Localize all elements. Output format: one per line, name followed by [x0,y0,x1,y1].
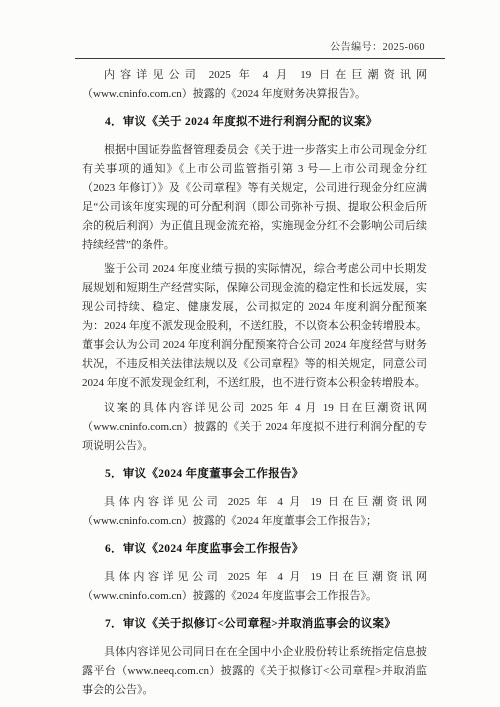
notice-number: 公告编号：2025-060 [82,38,427,53]
body-paragraph-dividend-rules: 根据中国证券监督管理委员会《关于进一步落实上市公司现金分红有关事项的通知》《上市… [82,141,427,255]
body-paragraph-dividend-disclosure: 议案的具体内容详见公司 2025 年 4 月 19 日在巨潮资讯网（www.cn… [82,399,427,456]
agenda-item-6-heading: 6．审议《2024 年度监事会工作报告》 [82,540,427,559]
agenda-item-4-heading: 4．审议《关于 2024 年度拟不进行利润分配的议案》 [82,113,427,132]
body-paragraph-charter-amendment: 具体内容详见公司同日在在全国中小企业股份转让系统指定信息披露平台（www.nee… [82,643,427,700]
agenda-item-5-heading: 5．审议《2024 年度董事会工作报告》 [82,465,427,484]
announcement-page: 公告编号：2025-060 内容详见公司 2025 年 4 月 19 日在巨潮资… [0,0,500,707]
header-divider [75,58,445,59]
body-paragraph-board-report: 具体内容详见公司 2025 年 4 月 19 日在巨潮资讯网（www.cninf… [82,493,427,531]
agenda-item-7-heading: 7．审议《关于拟修订<公司章程>并取消监事会的议案》 [82,615,427,634]
body-paragraph-financial-report: 内容详见公司 2025 年 4 月 19 日在巨潮资讯网（www.cninfo.… [82,66,427,104]
body-paragraph-supervisory-report: 具体内容详见公司 2025 年 4 月 19 日在巨潮资讯网（www.cninf… [82,568,427,606]
body-paragraph-dividend-plan: 鉴于公司 2024 年度业绩亏损的实际情况，综合考虑公司中长期发展规划和短期生产… [82,260,427,393]
